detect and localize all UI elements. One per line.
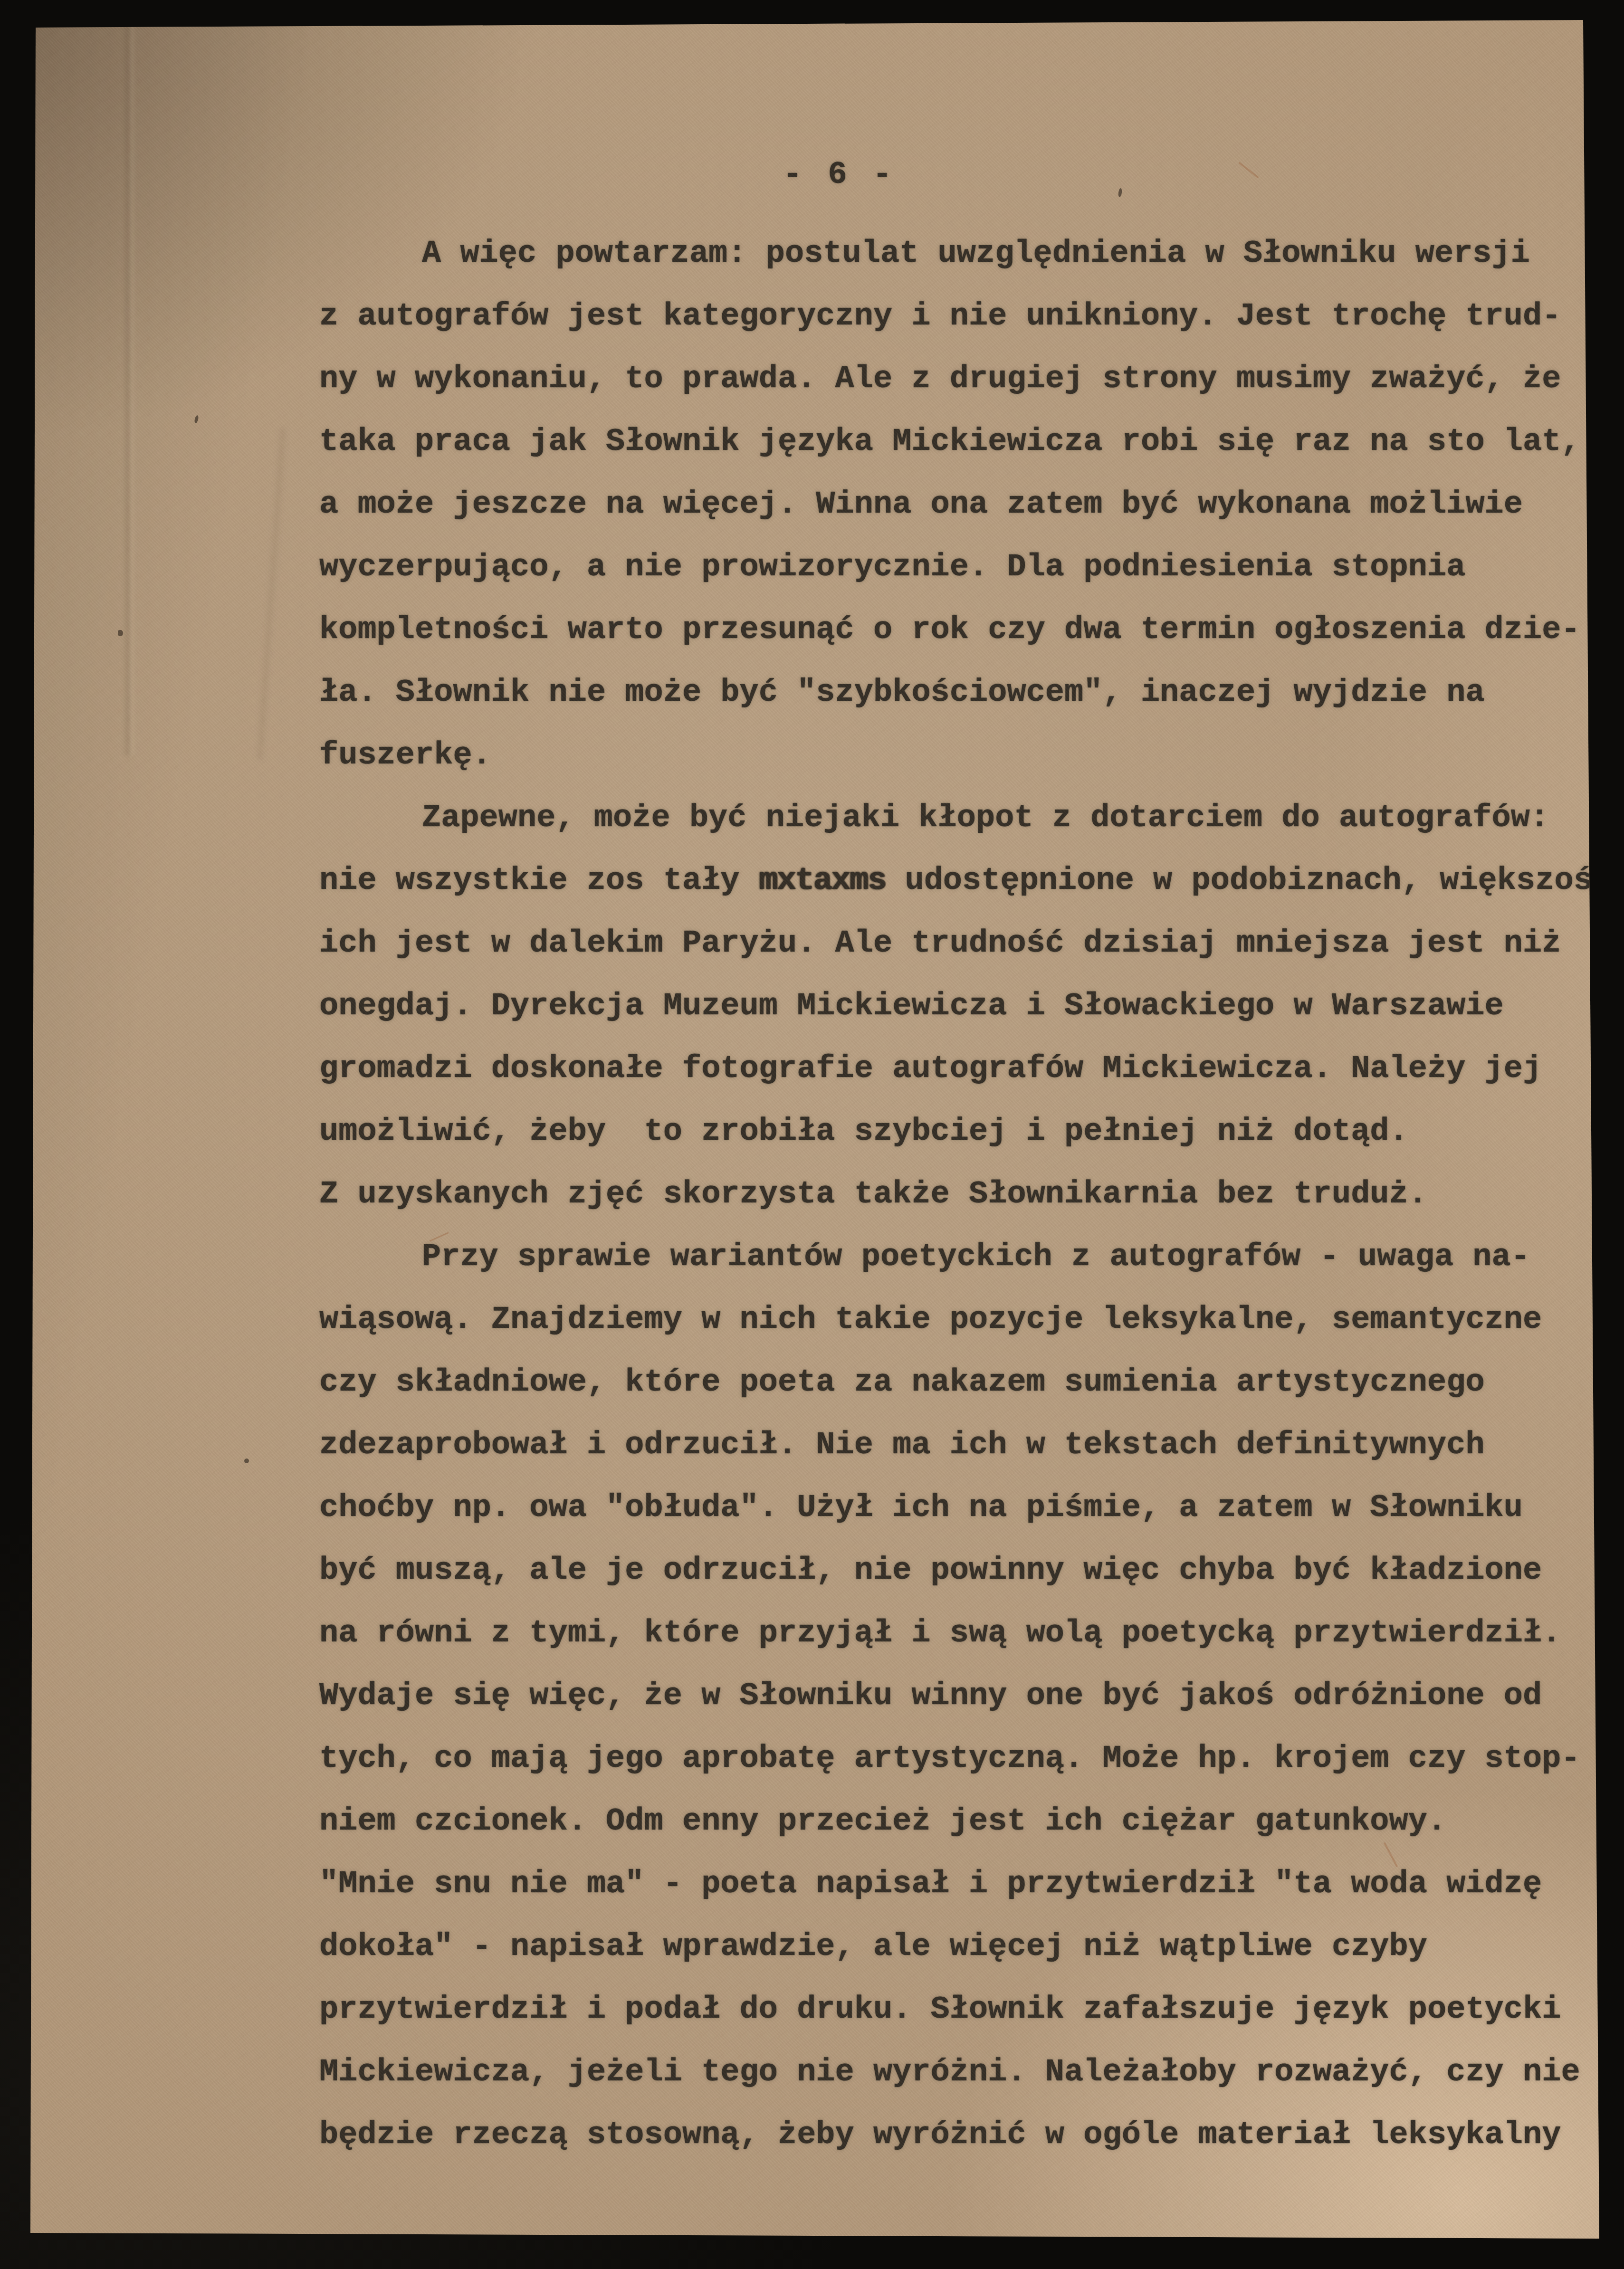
text-line: kompletności warto przesunąć o rok czy d… [319,599,1624,661]
text-line: zdezaprobował i odrzucił. Nie ma ich w t… [319,1414,1624,1477]
text-line: przytwierdził i podał do druku. Słownik … [319,1978,1624,2041]
text-line: Wydaje się więc, że w Słowniku winny one… [319,1665,1624,1727]
line-text: udostępnione w podobiznach, większość [886,863,1612,899]
typescript-content: - 6 - A więc powtarzam: postulat uwzględ… [0,0,1624,2269]
text-line: ich jest w dalekim Paryżu. Ale trudność … [319,912,1624,975]
text-line: onegdaj. Dyrekcja Muzeum Mickiewicza i S… [319,975,1624,1038]
text-line: na równi z tymi, które przyjął i swą wol… [319,1602,1624,1665]
scan-backdrop: - 6 - A więc powtarzam: postulat uwzględ… [0,0,1624,2269]
crossed-out-word: mxtaxms [759,863,886,899]
text-line: z autografów jest kategoryczny i nie uni… [319,285,1624,348]
line-text: nie wszystkie zos tały [319,863,759,899]
page-number: - 6 - [783,157,895,193]
text-line: a może jeszcze na więcej. Winna ona zate… [319,473,1624,536]
text-line: będzie rzeczą stosowną, żeby wyróżnić w … [319,2104,1624,2166]
text-line: taka praca jak Słownik języka Mickiewicz… [319,410,1624,473]
typescript-page: - 6 - A więc powtarzam: postulat uwzględ… [0,0,1624,2269]
text-line: wyczerpująco, a nie prowizorycznie. Dla … [319,536,1624,599]
text-line: fuszerkę. [319,724,1624,787]
text-line: czy składniowe, które poeta za nakazem s… [319,1351,1624,1414]
text-line: A więc powtarzam: postulat uwzględnienia… [319,222,1624,285]
text-line: Mickiewicza, jeżeli tego nie wyróżni. Na… [319,2041,1624,2104]
text-line: niem czcionek. Odm enny przecież jest ic… [319,1790,1624,1853]
text-line: ła. Słownik nie może być "szybkościowcem… [319,661,1624,724]
text-line: wiąsową. Znajdziemy w nich takie pozycje… [319,1288,1624,1351]
text-line: umożliwić, żeby to zrobiła szybciej i pe… [319,1100,1624,1163]
text-line: Przy sprawie wariantów poetyckich z auto… [319,1226,1624,1288]
text-line: Z uzyskanych zjęć skorzysta także Słowni… [319,1163,1624,1226]
typescript-body: A więc powtarzam: postulat uwzględnienia… [319,222,1624,2166]
text-line: choćby np. owa "obłuda". Użył ich na piś… [319,1477,1624,1539]
text-line: tych, co mają jego aprobatę artystyczną.… [319,1727,1624,1790]
text-line: dokoła" - napisał wprawdzie, ale więcej … [319,1916,1624,1978]
text-line: Zapewne, może być niejaki kłopot z dotar… [319,787,1624,849]
text-line-with-strikeout: nie wszystkie zos tały mxtaxms udostępni… [319,849,1624,912]
text-line: "Mnie snu nie ma" - poeta napisał i przy… [319,1853,1624,1916]
text-line: ny w wykonaniu, to prawda. Ale z drugiej… [319,348,1624,410]
text-line: gromadzi doskonałe fotografie autografów… [319,1038,1624,1100]
text-line: być muszą, ale je odrzucił, nie powinny … [319,1539,1624,1602]
